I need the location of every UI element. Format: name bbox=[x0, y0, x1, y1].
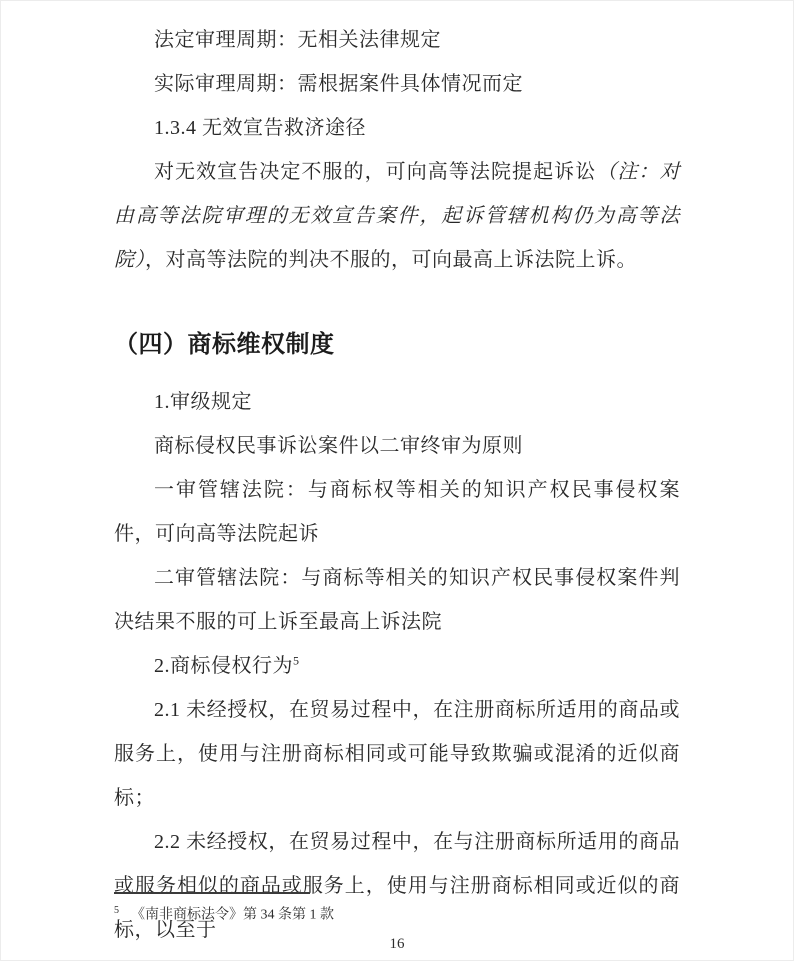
footnote-marker: 5 bbox=[114, 905, 119, 916]
text-run: （四）商标维权制度 bbox=[114, 332, 335, 358]
text-run: 1.3.4 无效宣告救济途径 bbox=[154, 117, 366, 139]
text-run: 商标侵权民事诉讼案件以二审终审为原则 bbox=[154, 435, 523, 457]
paragraph: 1.3.4 无效宣告救济途径 bbox=[114, 106, 680, 150]
footnote-separator bbox=[114, 892, 310, 894]
paragraph: 2.商标侵权行为5 bbox=[114, 644, 680, 688]
footnote-area: 5《南非商标法令》第 34 条第 1 款 bbox=[114, 892, 680, 927]
document-page: 法定审理周期：无相关法律规定实际审理周期：需根据案件具体情况而定1.3.4 无效… bbox=[0, 0, 794, 961]
paragraph: 对无效宣告决定不服的，可向高等法院提起诉讼（注：对由高等法院审理的无效宣告案件，… bbox=[114, 150, 680, 282]
text-run: 2.商标侵权行为 bbox=[154, 655, 293, 677]
text-run: ，对高等法院的判决不服的，可向最高上诉法院上诉。 bbox=[145, 249, 637, 271]
text-run: 二审管辖法院：与商标等相关的知识产权民事侵权案件判决结果不服的可上诉至最高上诉法… bbox=[114, 567, 680, 633]
paragraph: 二审管辖法院：与商标等相关的知识产权民事侵权案件判决结果不服的可上诉至最高上诉法… bbox=[114, 556, 680, 644]
text-run: 实际审理周期：需根据案件具体情况而定 bbox=[154, 73, 523, 95]
paragraph: 实际审理周期：需根据案件具体情况而定 bbox=[114, 62, 680, 106]
text-run: 2.1 未经授权，在贸易过程中，在注册商标所适用的商品或服务上，使用与注册商标相… bbox=[114, 699, 680, 809]
paragraph: 2.1 未经授权，在贸易过程中，在注册商标所适用的商品或服务上，使用与注册商标相… bbox=[114, 688, 680, 820]
paragraph: 法定审理周期：无相关法律规定 bbox=[114, 18, 680, 62]
page-number: 16 bbox=[0, 936, 794, 953]
text-run: 1.审级规定 bbox=[154, 391, 252, 413]
paragraph: 商标侵权民事诉讼案件以二审终审为原则 bbox=[114, 424, 680, 468]
section-heading: （四）商标维权制度 bbox=[114, 328, 680, 362]
paragraph: 一审管辖法院：与商标权等相关的知识产权民事侵权案件，可向高等法院起诉 bbox=[114, 468, 680, 556]
footnote-reference: 5 bbox=[293, 653, 300, 667]
footnote: 5《南非商标法令》第 34 条第 1 款 bbox=[114, 900, 680, 927]
text-run: 一审管辖法院：与商标权等相关的知识产权民事侵权案件，可向高等法院起诉 bbox=[114, 479, 680, 545]
paragraph: 1.审级规定 bbox=[114, 380, 680, 424]
text-run: 法定审理周期：无相关法律规定 bbox=[154, 29, 441, 51]
text-run: 对无效宣告决定不服的，可向高等法院提起诉讼 bbox=[154, 161, 596, 183]
paragraph: 2.2 未经授权，在贸易过程中，在与注册商标所适用的商品或服务相似的商品或服务上… bbox=[114, 820, 680, 952]
document-content: 法定审理周期：无相关法律规定实际审理周期：需根据案件具体情况而定1.3.4 无效… bbox=[0, 0, 794, 952]
footnote-text: 《南非商标法令》第 34 条第 1 款 bbox=[131, 908, 334, 923]
